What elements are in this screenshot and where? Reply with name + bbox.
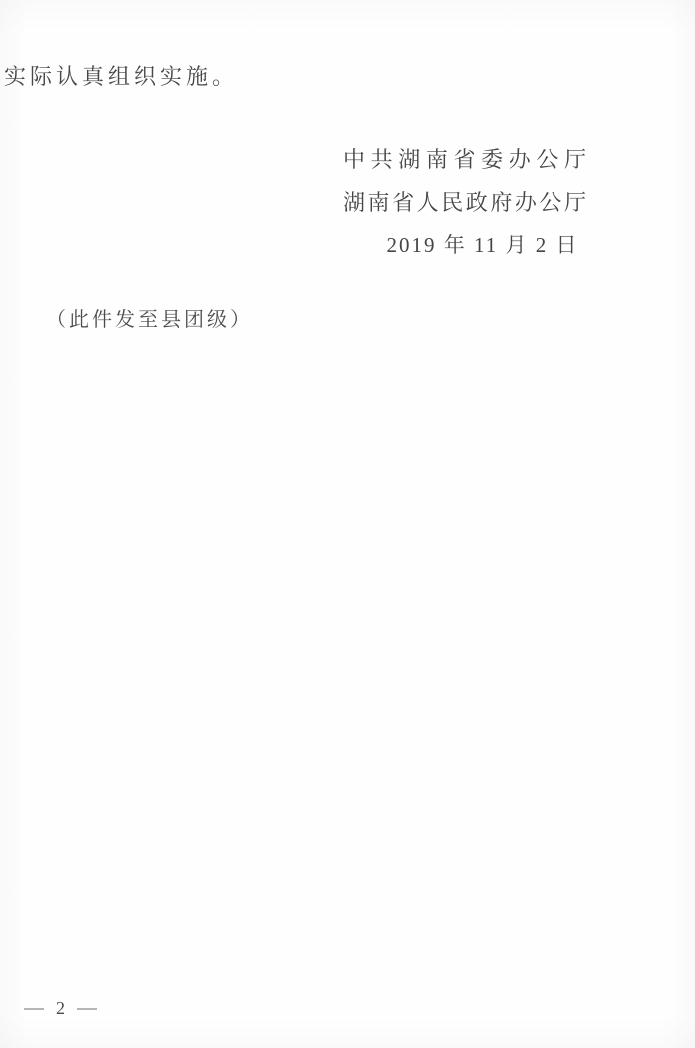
body-paragraph-end: 实际认真组织实施。 [4, 60, 238, 91]
signature-org-1: 中共湖南省委办公厅 [343, 138, 586, 181]
page-footer: 2 [24, 998, 97, 1019]
page-number: 2 [56, 998, 65, 1019]
signature-block: 中共湖南省委办公厅 湖南省人民政府办公厅 2019 年 11 月 2 日 [343, 138, 586, 266]
distribution-note: （此件发至县团级） [46, 303, 253, 332]
document-page: 实际认真组织实施。 中共湖南省委办公厅 湖南省人民政府办公厅 2019 年 11… [0, 0, 695, 1048]
footer-dash-right [77, 1008, 97, 1010]
signature-date: 2019 年 11 月 2 日 [343, 224, 586, 266]
footer-dash-left [24, 1008, 44, 1010]
signature-org-2: 湖南省人民政府办公厅 [343, 181, 586, 224]
